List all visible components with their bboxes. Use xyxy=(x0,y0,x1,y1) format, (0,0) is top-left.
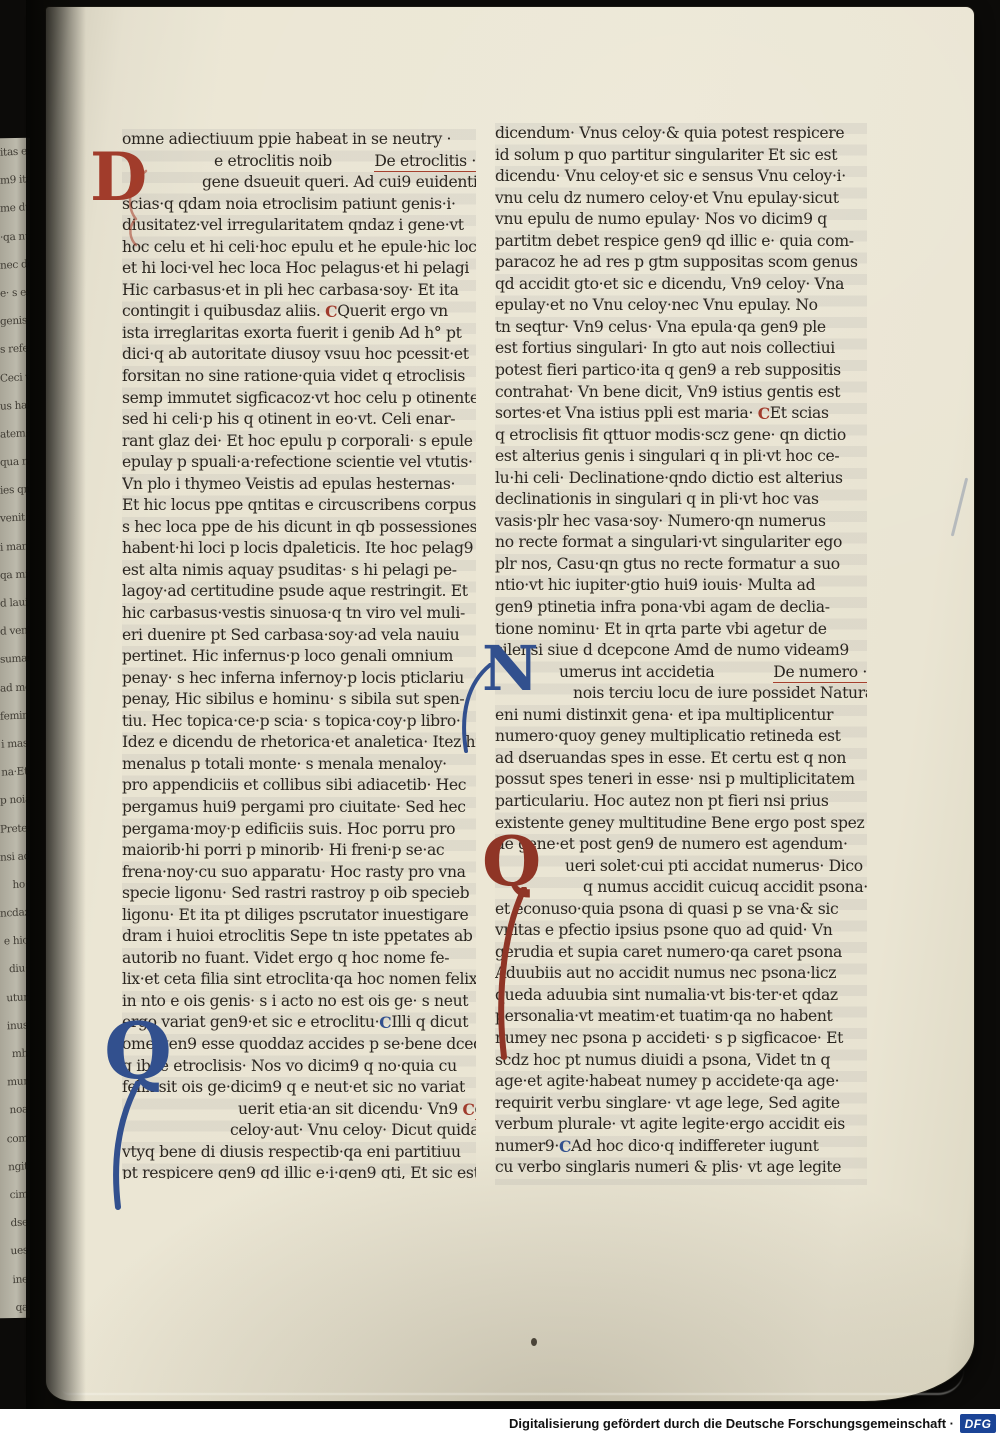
text-line: rant glaz dei· Et hoc epulu p corporali·… xyxy=(122,431,476,453)
text-line: penay· s hec inferna infernoy·p locis pt… xyxy=(122,668,476,690)
facing-page-fragment: e· s ex di xyxy=(0,278,28,308)
text-line: umerus int accidetiaDe numero · xyxy=(495,662,867,684)
text-segment: et econuso·quia psona di quasi p se vna·… xyxy=(495,899,838,921)
text-line: personalia·vt meatim·et tuatim·qa no hab… xyxy=(495,1006,867,1028)
text-line: specie ligonu· Sed rastri rastroy p oib … xyxy=(122,883,476,905)
facing-page-fragment: i mas xyxy=(0,729,28,759)
text-segment: Querit ergo vn xyxy=(337,301,448,323)
text-line: dici·q ab autoritate diusoy vsuu hoc pce… xyxy=(122,344,476,366)
text-line: est alterius genis i singulari q in pli·… xyxy=(495,446,867,468)
text-segment: specie ligonu· Sed rastri rastroy p oib … xyxy=(122,883,469,905)
rubric-mark: C xyxy=(379,1012,391,1034)
facing-page-fragment: atem·sed xyxy=(0,419,28,449)
text-segment: requirit verbu singlare· vt age lege, Se… xyxy=(495,1093,840,1115)
text-segment: q ibi e etroclisis· Nos vo dicim9 q no·q… xyxy=(122,1056,457,1078)
facing-page-fragment: ies qnq xyxy=(0,476,28,506)
text-line: dicendum· Vnus celoy·& quia potest respi… xyxy=(495,123,867,145)
text-segment: ueri solet·cui pti accidat numerus· Dico xyxy=(565,856,863,878)
manuscript-page: omne adiectiuum ppie habeat in se neutry… xyxy=(46,7,974,1401)
text-segment: tiu. Hec topica·ce·p scia· s topica·coy·… xyxy=(122,711,460,733)
text-segment: felix·sit ois ge·dicim9 q e neut·et sic … xyxy=(122,1077,465,1099)
text-segment: pertinet. Hic infernus·p loco genali omn… xyxy=(122,646,453,668)
text-segment: omne adiectiuum ppie habeat in se neutry… xyxy=(122,129,451,151)
rubric-mark: C xyxy=(559,1136,571,1158)
text-line: e etroclitis noibDe etroclitis · xyxy=(122,151,476,173)
digitization-credit-bar: Digitalisierung gefördert durch die Deut… xyxy=(0,1409,1000,1438)
text-segment: contrahat· Vn bene dicit, Vn9 istius gen… xyxy=(495,382,840,404)
text-segment: pergama·moy·p edificiis suis. Hoc porru … xyxy=(122,819,455,841)
scanned-book-page: itas enimm9 itaq qme dubio·qa nullanec d… xyxy=(0,0,1000,1438)
facing-page-fragment: ncdaz xyxy=(0,898,28,928)
text-line: silensi siue d dcepcone Amd de numo vide… xyxy=(495,640,867,662)
text-line: numey nec psona p accideti· s p sigficac… xyxy=(495,1028,867,1050)
text-segment: hic carbasus·vestis sinuosa·q tn viro ve… xyxy=(122,603,465,625)
text-segment: pt respicere gen9 qd illic e·i·gen9 gti,… xyxy=(122,1163,476,1179)
text-segment: menalus p totali monte· s menala menaloy… xyxy=(122,754,447,776)
drop-cap-N-blue: N xyxy=(482,639,539,699)
text-line: plr nos, Casu·qn gtus no recte formatur … xyxy=(495,554,867,576)
text-segment: cu verbo singlaris numeri & plis· vt age… xyxy=(495,1157,841,1179)
text-line: dicendu· Vnu celoy·et sic e sensus Vnu c… xyxy=(495,166,867,188)
facing-page-fragment: genis vel xyxy=(0,306,28,336)
text-segment: potest fieri partico·ita q gen9 a reb su… xyxy=(495,360,841,382)
text-segment: id solum p quo partitur singulariter Et … xyxy=(495,145,837,167)
text-segment: vnu celu dz numero celoy·et Vnu epulay·s… xyxy=(495,188,839,210)
text-line: autorib no fuant. Videt ergo q hoc nome … xyxy=(122,948,476,970)
facing-page-fragment: qa michil xyxy=(0,560,28,590)
facing-page-fragment: noa xyxy=(0,1096,28,1126)
text-segment: vnitas e pfectio ipsius psone quo ad qui… xyxy=(495,920,833,942)
facing-page-fragment: Ceci videt xyxy=(0,363,28,393)
text-segment: penay, Hic sibilus e hominu· s sibila su… xyxy=(122,689,464,711)
text-segment: Vn plo i thymeo Veistis ad epulas hester… xyxy=(122,474,455,496)
text-line: menalus p totali monte· s menala menaloy… xyxy=(122,754,476,776)
drop-cap-Q-blue: Q xyxy=(104,1015,172,1089)
text-segment: contingit i quibusdaz aliis. xyxy=(122,301,325,323)
text-line: cu verbo singlaris numeri & plis· vt age… xyxy=(495,1157,867,1179)
text-line: ome gen9 esse quoddaz accides p se·bene … xyxy=(122,1034,476,1056)
text-line: partitm debet respice gen9 qd illic e· q… xyxy=(495,231,867,253)
text-line: age·et agite·habeat numey p accidete·qa … xyxy=(495,1071,867,1093)
text-line: sortes·et Vna istius ppli est maria· CEt… xyxy=(495,403,867,425)
text-segment: habent·hi loci p locis dpaleticis. Ite h… xyxy=(122,538,473,560)
facing-page-fragment: me dubio xyxy=(0,194,28,224)
drop-cap-Q-red: Q xyxy=(482,829,541,895)
text-line: pro appendiciis et collibus sibi adiacet… xyxy=(122,775,476,797)
text-line: q ibi e etroclisis· Nos vo dicim9 q no·q… xyxy=(122,1056,476,1078)
text-line: contrahat· Vn bene dicit, Vn9 istius gen… xyxy=(495,382,867,404)
text-segment: s hec loca ppe de his dicunt in qb posse… xyxy=(122,517,476,539)
text-segment: tn seqtur· Vn9 celus· Vna epula·qa gen9 … xyxy=(495,317,826,339)
text-segment: Idez e dicendu de rhetorica·et analetica… xyxy=(122,732,476,754)
text-line: eri duenire pt Sed carbasa·soy·ad vela n… xyxy=(122,625,476,647)
text-segment: gene dsueuit queri. Ad cui9 euidentiam xyxy=(202,172,476,194)
text-line: ergo variat gen9·et sic e etroclitu·CIll… xyxy=(122,1012,476,1034)
facing-page-fragment: us habu xyxy=(0,391,28,421)
text-line: qd accidit gto·et sic e dicendu, Vn9 cel… xyxy=(495,274,867,296)
text-line: eni numi distinxit gena· et ipa multipli… xyxy=(495,705,867,727)
facing-page-fragment: na·Et xyxy=(0,757,28,787)
text-segment: scdz hoc pt numus diuidi a psona, Videt … xyxy=(495,1050,830,1072)
facing-page-fragment: e hic xyxy=(0,927,28,957)
text-segment: celoy·aut· Vnu celoy· Dicut quidam q xyxy=(230,1120,476,1142)
facing-page-fragment: Preter xyxy=(0,814,28,844)
text-segment: particulariu. Hoc autez non pt fieri nsi… xyxy=(495,791,829,813)
text-segment: diusitatez·vel irregularitatem qndaz i g… xyxy=(122,215,464,237)
text-line: et econuso·quia psona di quasi p se vna·… xyxy=(495,899,867,921)
facing-page-fragment: qua ratio xyxy=(0,447,28,477)
credit-text: Digitalisierung gefördert durch die Deut… xyxy=(509,1416,954,1431)
text-line: declinationis in singulari q in pli·vt h… xyxy=(495,489,867,511)
initial-descender-flourish xyxy=(490,887,534,1062)
facing-page-fragment: sumas xyxy=(0,645,28,675)
text-segment: declinationis in singulari q in pli·vt h… xyxy=(495,489,819,511)
facing-page-fragment: ad mo xyxy=(0,673,28,703)
facing-page-fragment: venit p xyxy=(0,504,28,534)
text-line: lix·et ceta filia sint etroclita·qa hoc … xyxy=(122,969,476,991)
text-segment: et hi loci·vel hec loca Hoc pelagus·et h… xyxy=(122,258,469,280)
facing-page-fragment: qa xyxy=(0,1293,28,1318)
text-segment: tione nominu· Et in qrta parte vbi agetu… xyxy=(495,619,827,641)
text-segment: uerit etia·an sit dicendu· Vn9 xyxy=(238,1099,462,1121)
line-spacer xyxy=(332,151,374,173)
text-line: contingit i quibusdaz aliis. CQuerit erg… xyxy=(122,301,476,323)
text-line: pertinet. Hic infernus·p loco genali omn… xyxy=(122,646,476,668)
rubric-heading: De etroclitis · xyxy=(374,151,476,173)
text-segment: lix·et ceta filia sint etroclita·qa hoc … xyxy=(122,969,476,991)
facing-page-fragment: diu· xyxy=(0,955,28,985)
text-segment: existente geney multitudine Bene ergo po… xyxy=(495,813,864,835)
text-segment: no recte format a singulari·vt singulari… xyxy=(495,532,842,554)
text-segment: epulay·et no Vnu celoy·nec Vnu epulay. N… xyxy=(495,295,818,317)
initial-flourish xyxy=(454,663,494,753)
text-line: scdz hoc pt numus diuidi a psona, Videt … xyxy=(495,1050,867,1072)
text-line: ad dseruandas spes in esse. Et certu est… xyxy=(495,748,867,770)
text-line: ueri solet·cui pti accidat numerus· Dico xyxy=(495,856,867,878)
text-segment: eni numi distinxit gena· et ipa multipli… xyxy=(495,705,833,727)
text-line: vtyq bene di diusis respectib·qa eni par… xyxy=(122,1142,476,1164)
margin-pen-mark-blue xyxy=(951,478,968,537)
text-line: requirit verbu singlare· vt age lege, Se… xyxy=(495,1093,867,1115)
text-line: lu·hi celi· Declinatione·qndo dictio est… xyxy=(495,468,867,490)
text-segment: q numus accidit cuicuq accidit psona· xyxy=(583,877,867,899)
text-segment: gerudia et supia caret numero·qa caret p… xyxy=(495,942,842,964)
book-gutter-shadow xyxy=(26,0,86,1438)
text-line: de gene·et post gen9 de numero est agend… xyxy=(495,834,867,856)
text-segment: plr nos, Casu·qn gtus no recte formatur … xyxy=(495,554,840,576)
text-segment: gen9 ptinetia infra pona·vbi agam de dec… xyxy=(495,597,830,619)
facing-page-fragment: d vento xyxy=(0,616,28,646)
facing-page-fragment: ho· xyxy=(0,870,28,900)
line-spacer xyxy=(714,662,773,684)
dfg-logo: DFG xyxy=(960,1414,996,1433)
facing-page-fragment: mh xyxy=(0,1039,28,1069)
text-segment: qd accidit gto·et sic e dicendu, Vn9 cel… xyxy=(495,274,844,296)
text-segment: ome gen9 esse quoddaz accides p se·bene … xyxy=(122,1034,476,1056)
rubric-mark: C xyxy=(325,301,337,323)
text-segment: rant glaz dei· Et hoc epulu p corporali·… xyxy=(122,431,473,453)
text-segment: silensi siue d dcepcone Amd de numo vide… xyxy=(495,640,849,662)
rubric-heading: De numero · xyxy=(773,662,867,684)
text-segment: frena·noy·cu suo apparatu· Hoc rasty pro… xyxy=(122,862,466,884)
text-segment: lu·hi celi· Declinatione·qndo dictio est… xyxy=(495,468,843,490)
text-line: vnitas e pfectio ipsius psone quo ad qui… xyxy=(495,920,867,942)
text-line: maiorib·hi porri p minorib· Hi freni·p s… xyxy=(122,840,476,862)
facing-page-fragment: itas enim xyxy=(0,138,28,167)
margin-pen-mark-red xyxy=(124,167,150,247)
text-line: existente geney multitudine Bene ergo po… xyxy=(495,813,867,835)
text-line: et hi loci·vel hec loca Hoc pelagus·et h… xyxy=(122,258,476,280)
text-line: ligonu· Et ita pt diliges pscrutator inu… xyxy=(122,905,476,927)
text-segment: personalia·vt meatim·et tuatim·qa no hab… xyxy=(495,1006,832,1028)
text-line: vnu celu dz numero celoy·et Vnu epulay·s… xyxy=(495,188,867,210)
text-segment: numero·quoy geney multiplicatio retineda… xyxy=(495,726,841,748)
text-line: in nto e ois genis· s i acto no est ois … xyxy=(122,991,476,1013)
text-line: tiu. Hec topica·ce·p scia· s topica·coy·… xyxy=(122,711,476,733)
text-segment: queda aduubia sint numalia·vt bis·ter·et… xyxy=(495,985,838,1007)
text-segment: de gene·et post gen9 de numero est agend… xyxy=(495,834,848,856)
text-segment: verbum plurale· vt agite legite·ergo acc… xyxy=(495,1114,845,1136)
text-line: sed hi celi·p his q otinent in eo·vt. Ce… xyxy=(122,409,476,431)
text-segment: forsitan no sine ratione·quia videt q et… xyxy=(122,366,465,388)
page-speck xyxy=(531,1338,537,1346)
text-segment: est alterius genis i singulari q in pli·… xyxy=(495,446,839,468)
text-line: est alta nimis aquay psuditas· s hi pela… xyxy=(122,560,476,582)
text-segment: dicendum· Vnus celoy·& quia potest respi… xyxy=(495,123,844,145)
text-line: ista irreglaritas exorta fuerit i genib … xyxy=(122,323,476,345)
text-line: forsitan no sine ratione·quia videt q et… xyxy=(122,366,476,388)
text-line: vasis·plr hec vasa·soy· Numero·qn numeru… xyxy=(495,511,867,533)
facing-page-fragment: nec dem xyxy=(0,250,28,280)
text-segment: age·et agite·habeat numey p accidete·qa … xyxy=(495,1071,839,1093)
text-line: pergama·moy·p edificiis suis. Hoc porru … xyxy=(122,819,476,841)
text-segment: vtyq bene di diusis respectib·qa eni par… xyxy=(122,1142,461,1164)
text-line: celoy·aut· Vnu celoy· Dicut quidam q xyxy=(122,1120,476,1142)
facing-page-fragment: utur xyxy=(0,983,28,1013)
text-segment: Et hic locus ppe qntitas e circuscribens… xyxy=(122,495,476,517)
text-line: hoc celu et hi celi·hoc epulu et he epul… xyxy=(122,237,476,259)
text-line: particulariu. Hoc autez non pt fieri nsi… xyxy=(495,791,867,813)
text-segment: est fortius singulari· In gto aut nois c… xyxy=(495,338,835,360)
text-line: Vn plo i thymeo Veistis ad epulas hester… xyxy=(122,474,476,496)
text-line: Hic carbasus·et in pli hec carbasa·soy· … xyxy=(122,280,476,302)
text-line: paracoz he ad res p gtm suppositas scom … xyxy=(495,252,867,274)
text-line: omne adiectiuum ppie habeat in se neutry… xyxy=(122,129,476,151)
text-line: gen9 ptinetia infra pona·vbi agam de dec… xyxy=(495,597,867,619)
text-line: gene dsueuit queri. Ad cui9 euidentiam xyxy=(122,172,476,194)
facing-page-fragment: cim xyxy=(0,1180,28,1210)
text-segment: Aduubiis aut no accidit numus nec psona·… xyxy=(495,963,836,985)
text-segment: dici·q ab autoritate diusoy vsuu hoc pce… xyxy=(122,344,469,366)
text-line: Aduubiis aut no accidit numus nec psona·… xyxy=(495,963,867,985)
facing-page-fragment: ngit xyxy=(0,1152,28,1182)
text-line: vnu epulu de numo epulay· Nos vo dicim9 … xyxy=(495,209,867,231)
text-line: frena·noy·cu suo apparatu· Hoc rasty pro… xyxy=(122,862,476,884)
facing-page-fragment: d lauius xyxy=(0,588,28,618)
text-line: semp immutet sigficacoz·vt hoc celu p ot… xyxy=(122,388,476,410)
facing-page-fragment: femine xyxy=(0,701,28,731)
text-segment: pro appendiciis et collibus sibi adiacet… xyxy=(122,775,466,797)
text-segment: ista irreglaritas exorta fuerit i genib … xyxy=(122,323,462,345)
facing-page-fragment: dse xyxy=(0,1208,28,1238)
initial-descender-flourish xyxy=(108,1081,148,1211)
rubric-mark: C xyxy=(462,1099,474,1121)
facing-page-fragment: s referea xyxy=(0,335,28,365)
text-line: pt respicere gen9 qd illic e·i·gen9 gti,… xyxy=(122,1163,476,1179)
facing-page-fragment: ues xyxy=(0,1237,28,1267)
text-line: s hec loca ppe de his dicunt in qb posse… xyxy=(122,517,476,539)
text-segment: numer9· xyxy=(495,1136,559,1158)
text-line: tn seqtur· Vn9 celus· Vna epula·qa gen9 … xyxy=(495,317,867,339)
text-line: pergamus hui9 pergami pro ciuitate· Sed … xyxy=(122,797,476,819)
text-segment: sed hi celi·p his q otinent in eo·vt. Ce… xyxy=(122,409,455,431)
text-line: lagoy·ad certitudine psude aque restring… xyxy=(122,581,476,603)
text-segment: sortes·et Vna istius ppli est maria· xyxy=(495,403,758,425)
text-segment: ligonu· Et ita pt diliges pscrutator inu… xyxy=(122,905,468,927)
rubric-mark: C xyxy=(758,403,770,425)
text-segment: scias·q qdam noia etroclisim patiunt gen… xyxy=(122,194,456,216)
text-segment: dram i huioi etroclitis Sepe tn iste ppe… xyxy=(122,926,473,948)
text-segment: semp immutet sigficacoz·vt hoc celu p ot… xyxy=(122,388,476,410)
text-segment: Et scias xyxy=(770,403,829,425)
text-line: q etroclisis fit qttuor modis·scz gene· … xyxy=(495,425,867,447)
text-line: numer9·CAd hoc dico·q indiffereter iugun… xyxy=(495,1136,867,1158)
facing-page-fragment: ine xyxy=(0,1265,28,1295)
rubric-heading: gen9· xyxy=(475,1099,477,1121)
text-segment: q etroclisis fit qttuor modis·scz gene· … xyxy=(495,425,846,447)
text-segment: penay· s hec inferna infernoy·p locis pt… xyxy=(122,668,464,690)
text-segment: vasis·plr hec vasa·soy· Numero·qn numeru… xyxy=(495,511,826,533)
text-line: ntio·vt hic iupiter·gtio hui9 iouis· Mul… xyxy=(495,575,867,597)
facing-page-fragment: nsi ad xyxy=(0,842,28,872)
text-line: est fortius singulari· In gto aut nois c… xyxy=(495,338,867,360)
text-line: gerudia et supia caret numero·qa caret p… xyxy=(495,942,867,964)
facing-page-fragment: m9 itaq q xyxy=(0,165,28,195)
text-line: epulay·et no Vnu celoy·nec Vnu epulay. N… xyxy=(495,295,867,317)
text-column-right: dicendum· Vnus celoy·& quia potest respi… xyxy=(495,123,867,1185)
text-line: id solum p quo partitur singulariter Et … xyxy=(495,145,867,167)
text-segment: Illi q dicut xyxy=(391,1012,468,1034)
text-segment: paracoz he ad res p gtm suppositas scom … xyxy=(495,252,858,274)
text-segment: ntio·vt hic iupiter·gtio hui9 iouis· Mul… xyxy=(495,575,815,597)
text-line: numero·quoy geney multiplicatio retineda… xyxy=(495,726,867,748)
text-segment: partitm debet respice gen9 qd illic e· q… xyxy=(495,231,854,253)
text-segment: eri duenire pt Sed carbasa·soy·ad vela n… xyxy=(122,625,459,647)
facing-page-fragment: com xyxy=(0,1124,28,1154)
text-line: penay, Hic sibilus e hominu· s sibila su… xyxy=(122,689,476,711)
text-line: nois terciu locu de iure possidet Natura xyxy=(495,683,867,705)
text-line: uerit etia·an sit dicendu· Vn9 Cgen9· xyxy=(122,1099,476,1121)
text-segment: ad dseruandas spes in esse. Et certu est… xyxy=(495,748,846,770)
text-line: epulay p spuali·a·refectione scientie ve… xyxy=(122,452,476,474)
facing-page-fragment: mur xyxy=(0,1067,28,1097)
text-segment: umerus int accidetia xyxy=(559,662,714,684)
text-line: dram i huioi etroclitis Sepe tn iste ppe… xyxy=(122,926,476,948)
text-line: hic carbasus·vestis sinuosa·q tn viro ve… xyxy=(122,603,476,625)
facing-page-fragment: inus xyxy=(0,1011,28,1041)
facing-page-fragment: i manib xyxy=(0,532,28,562)
text-line: diusitatez·vel irregularitatem qndaz i g… xyxy=(122,215,476,237)
text-line: Idez e dicendu de rhetorica·et analetica… xyxy=(122,732,476,754)
text-segment: epulay p spuali·a·refectione scientie ve… xyxy=(122,452,473,474)
text-line: habent·hi loci p locis dpaleticis. Ite h… xyxy=(122,538,476,560)
text-segment: Ad hoc dico·q indiffereter iugunt xyxy=(571,1136,818,1158)
text-segment: maiorib·hi porri p minorib· Hi freni·p s… xyxy=(122,840,444,862)
facing-page-fragment: p noia xyxy=(0,786,28,816)
text-line: queda aduubia sint numalia·vt bis·ter·et… xyxy=(495,985,867,1007)
text-segment: numey nec psona p accideti· s p sigficac… xyxy=(495,1028,843,1050)
text-line: possut spes teneri in esse· nsi p multip… xyxy=(495,769,867,791)
text-line: verbum plurale· vt agite legite·ergo acc… xyxy=(495,1114,867,1136)
text-segment: in nto e ois genis· s i acto no est ois … xyxy=(122,991,468,1013)
text-segment: e etroclitis noib xyxy=(214,151,332,173)
text-line: potest fieri partico·ita q gen9 a reb su… xyxy=(495,360,867,382)
text-segment: possut spes teneri in esse· nsi p multip… xyxy=(495,769,855,791)
text-segment: autorib no fuant. Videt ergo q hoc nome … xyxy=(122,948,449,970)
text-segment: pergamus hui9 pergami pro ciuitate· Sed … xyxy=(122,797,466,819)
text-segment: dicendu· Vnu celoy·et sic e sensus Vnu c… xyxy=(495,166,846,188)
facing-page-fragment: ·qa nulla xyxy=(0,222,28,252)
text-segment: lagoy·ad certitudine psude aque restring… xyxy=(122,581,468,603)
text-segment: est alta nimis aquay psuditas· s hi pela… xyxy=(122,560,457,582)
text-line: no recte format a singulari·vt singulari… xyxy=(495,532,867,554)
text-line: q numus accidit cuicuq accidit psona· xyxy=(495,877,867,899)
text-segment: Hic carbasus·et in pli hec carbasa·soy· … xyxy=(122,280,459,302)
text-line: tione nominu· Et in qrta parte vbi agetu… xyxy=(495,619,867,641)
text-column-left: omne adiectiuum ppie habeat in se neutry… xyxy=(122,129,476,1179)
text-line: felix·sit ois ge·dicim9 q e neut·et sic … xyxy=(122,1077,476,1099)
text-segment: vnu epulu de numo epulay· Nos vo dicim9 … xyxy=(495,209,827,231)
text-segment: nois terciu locu de iure possidet Natura xyxy=(573,683,867,705)
text-line: Et hic locus ppe qntitas e circuscribens… xyxy=(122,495,476,517)
text-line: scias·q qdam noia etroclisim patiunt gen… xyxy=(122,194,476,216)
text-segment: hoc celu et hi celi·hoc epulu et he epul… xyxy=(122,237,476,259)
